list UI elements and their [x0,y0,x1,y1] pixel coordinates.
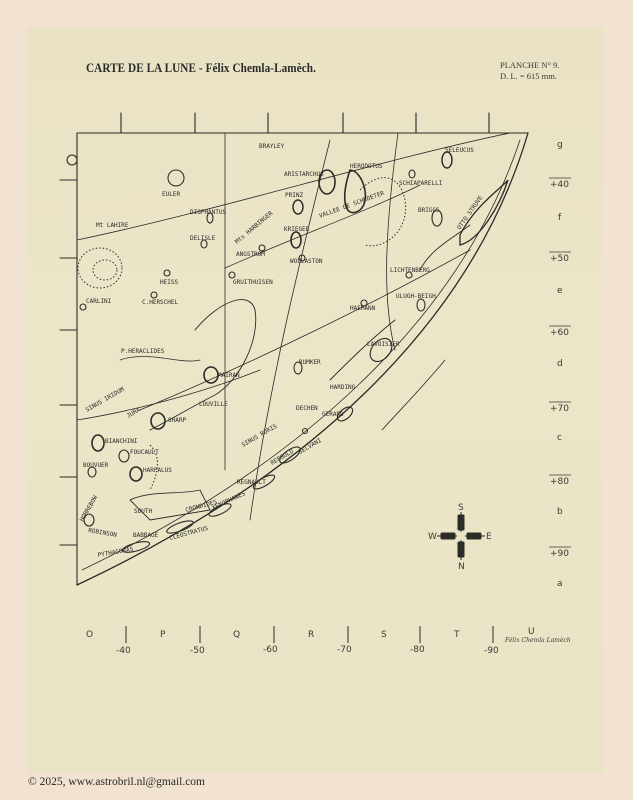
svg-text:S: S [381,630,387,640]
svg-text:Mts HARBINGER: Mts HARBINGER [234,210,275,246]
svg-text:-60: -60 [263,645,278,655]
svg-text:HARDING: HARDING [330,384,356,391]
compass-n: N [458,562,465,572]
svg-text:MAIRAN: MAIRAN [218,372,240,379]
svg-text:HAEMANN: HAEMANN [350,305,376,312]
svg-text:LICHTENBERG: LICHTENBERG [390,267,430,274]
bottom-axis: O P Q R S T U -40 -50 -60 -70 -80 -90 [86,627,535,656]
svg-text:SHARP: SHARP [168,417,186,424]
svg-text:-70: -70 [337,645,352,655]
svg-text:OTTO STRUVE: OTTO STRUVE [456,194,485,231]
svg-text:+40: +40 [550,180,569,190]
compass-s: S [458,503,464,513]
svg-text:JURA: JURA [126,406,142,419]
svg-text:REGNAULT: REGNAULT [237,479,266,486]
svg-text:T: T [453,630,460,640]
svg-text:-90: -90 [484,646,499,656]
svg-text:Q: Q [233,630,240,640]
svg-text:KRIEGER: KRIEGER [284,226,310,233]
svg-text:HEISS: HEISS [160,279,178,286]
svg-text:SINUS IRIDUM: SINUS IRIDUM [85,386,126,414]
svg-text:SELEUCUS: SELEUCUS [445,147,474,154]
svg-text:P.HERACLIDES: P.HERACLIDES [121,348,165,355]
svg-text:FOUCAULT: FOUCAULT [130,449,159,456]
svg-text:HORREBOW: HORREBOW [79,494,100,523]
svg-text:c: c [557,433,562,443]
svg-text:PYTHAGORAS: PYTHAGORAS [97,546,134,559]
svg-text:DECHEN: DECHEN [296,405,318,412]
svg-text:C.HERSCHEL: C.HERSCHEL [142,299,179,306]
svg-text:O: O [86,630,93,640]
svg-text:-80: -80 [410,645,425,655]
svg-text:+80: +80 [550,477,569,487]
svg-text:DIOPHANTUS: DIOPHANTUS [190,209,227,216]
svg-text:+70: +70 [550,404,569,414]
svg-text:U: U [528,627,535,637]
svg-text:ARISTARCHUS: ARISTARCHUS [284,171,324,178]
copyright-notice: © 2025, www.astrobril.nl@gmail.com [28,776,205,788]
svg-text:CARLINI: CARLINI [86,298,112,305]
svg-text:PRINZ: PRINZ [285,192,303,199]
svg-text:R: R [308,630,314,640]
svg-text:SOUTH: SOUTH [134,508,152,515]
svg-text:HARPALUS: HARPALUS [143,467,172,474]
svg-text:BABBAGE: BABBAGE [133,532,159,539]
svg-text:ULUGH-BEIGH: ULUGH-BEIGH [396,293,436,300]
svg-text:GRUITHUISEN: GRUITHUISEN [233,279,273,286]
svg-text:+90: +90 [550,549,569,559]
right-axis: g +40 f +50 e +60 d +70 c +80 b +90 a [550,140,569,589]
svg-text:RUMKER: RUMKER [299,359,321,366]
svg-text:LOUVILLE: LOUVILLE [199,401,228,408]
svg-text:BOUVUER: BOUVUER [83,462,109,469]
svg-text:f: f [558,213,562,223]
svg-text:BRAYLEY: BRAYLEY [259,143,285,150]
svg-text:BIANCHINI: BIANCHINI [105,438,138,445]
svg-text:+60: +60 [550,328,569,338]
svg-text:SELVANI: SELVANI [298,437,324,456]
svg-text:-40: -40 [116,646,131,656]
svg-text:+50: +50 [550,254,569,264]
svg-text:a: a [557,579,563,589]
svg-text:Mt LAHIRE: Mt LAHIRE [96,222,129,229]
compass-rose [437,512,485,560]
svg-text:g: g [557,140,563,150]
svg-text:ANGSTROM: ANGSTROM [236,251,265,258]
svg-text:ROBINSON: ROBINSON [88,527,118,539]
svg-text:DELISLE: DELISLE [190,235,216,242]
svg-text:-50: -50 [190,646,205,656]
svg-text:GERARD: GERARD [322,411,344,418]
svg-text:SINUS RORIS: SINUS RORIS [241,423,279,449]
lunar-map: BRAYLEY EULER ARISTARCHUS HERODOTUS SELE… [0,0,633,800]
svg-text:BRIGGS: BRIGGS [418,207,440,214]
svg-text:SCHIAPARELLI: SCHIAPARELLI [399,180,443,187]
compass-e: E [486,532,492,542]
author-signature: Félix Chemla Lamèch [504,637,571,644]
svg-text:HERODOTUS: HERODOTUS [350,163,383,170]
svg-text:P: P [160,630,166,640]
svg-text:e: e [557,286,563,296]
svg-text:WOLLASTON: WOLLASTON [290,258,323,265]
svg-text:LAVOISIER: LAVOISIER [367,341,400,348]
svg-text:EULER: EULER [162,191,180,198]
compass-w: W [428,532,437,542]
svg-text:b: b [557,507,563,517]
svg-text:d: d [557,359,563,369]
